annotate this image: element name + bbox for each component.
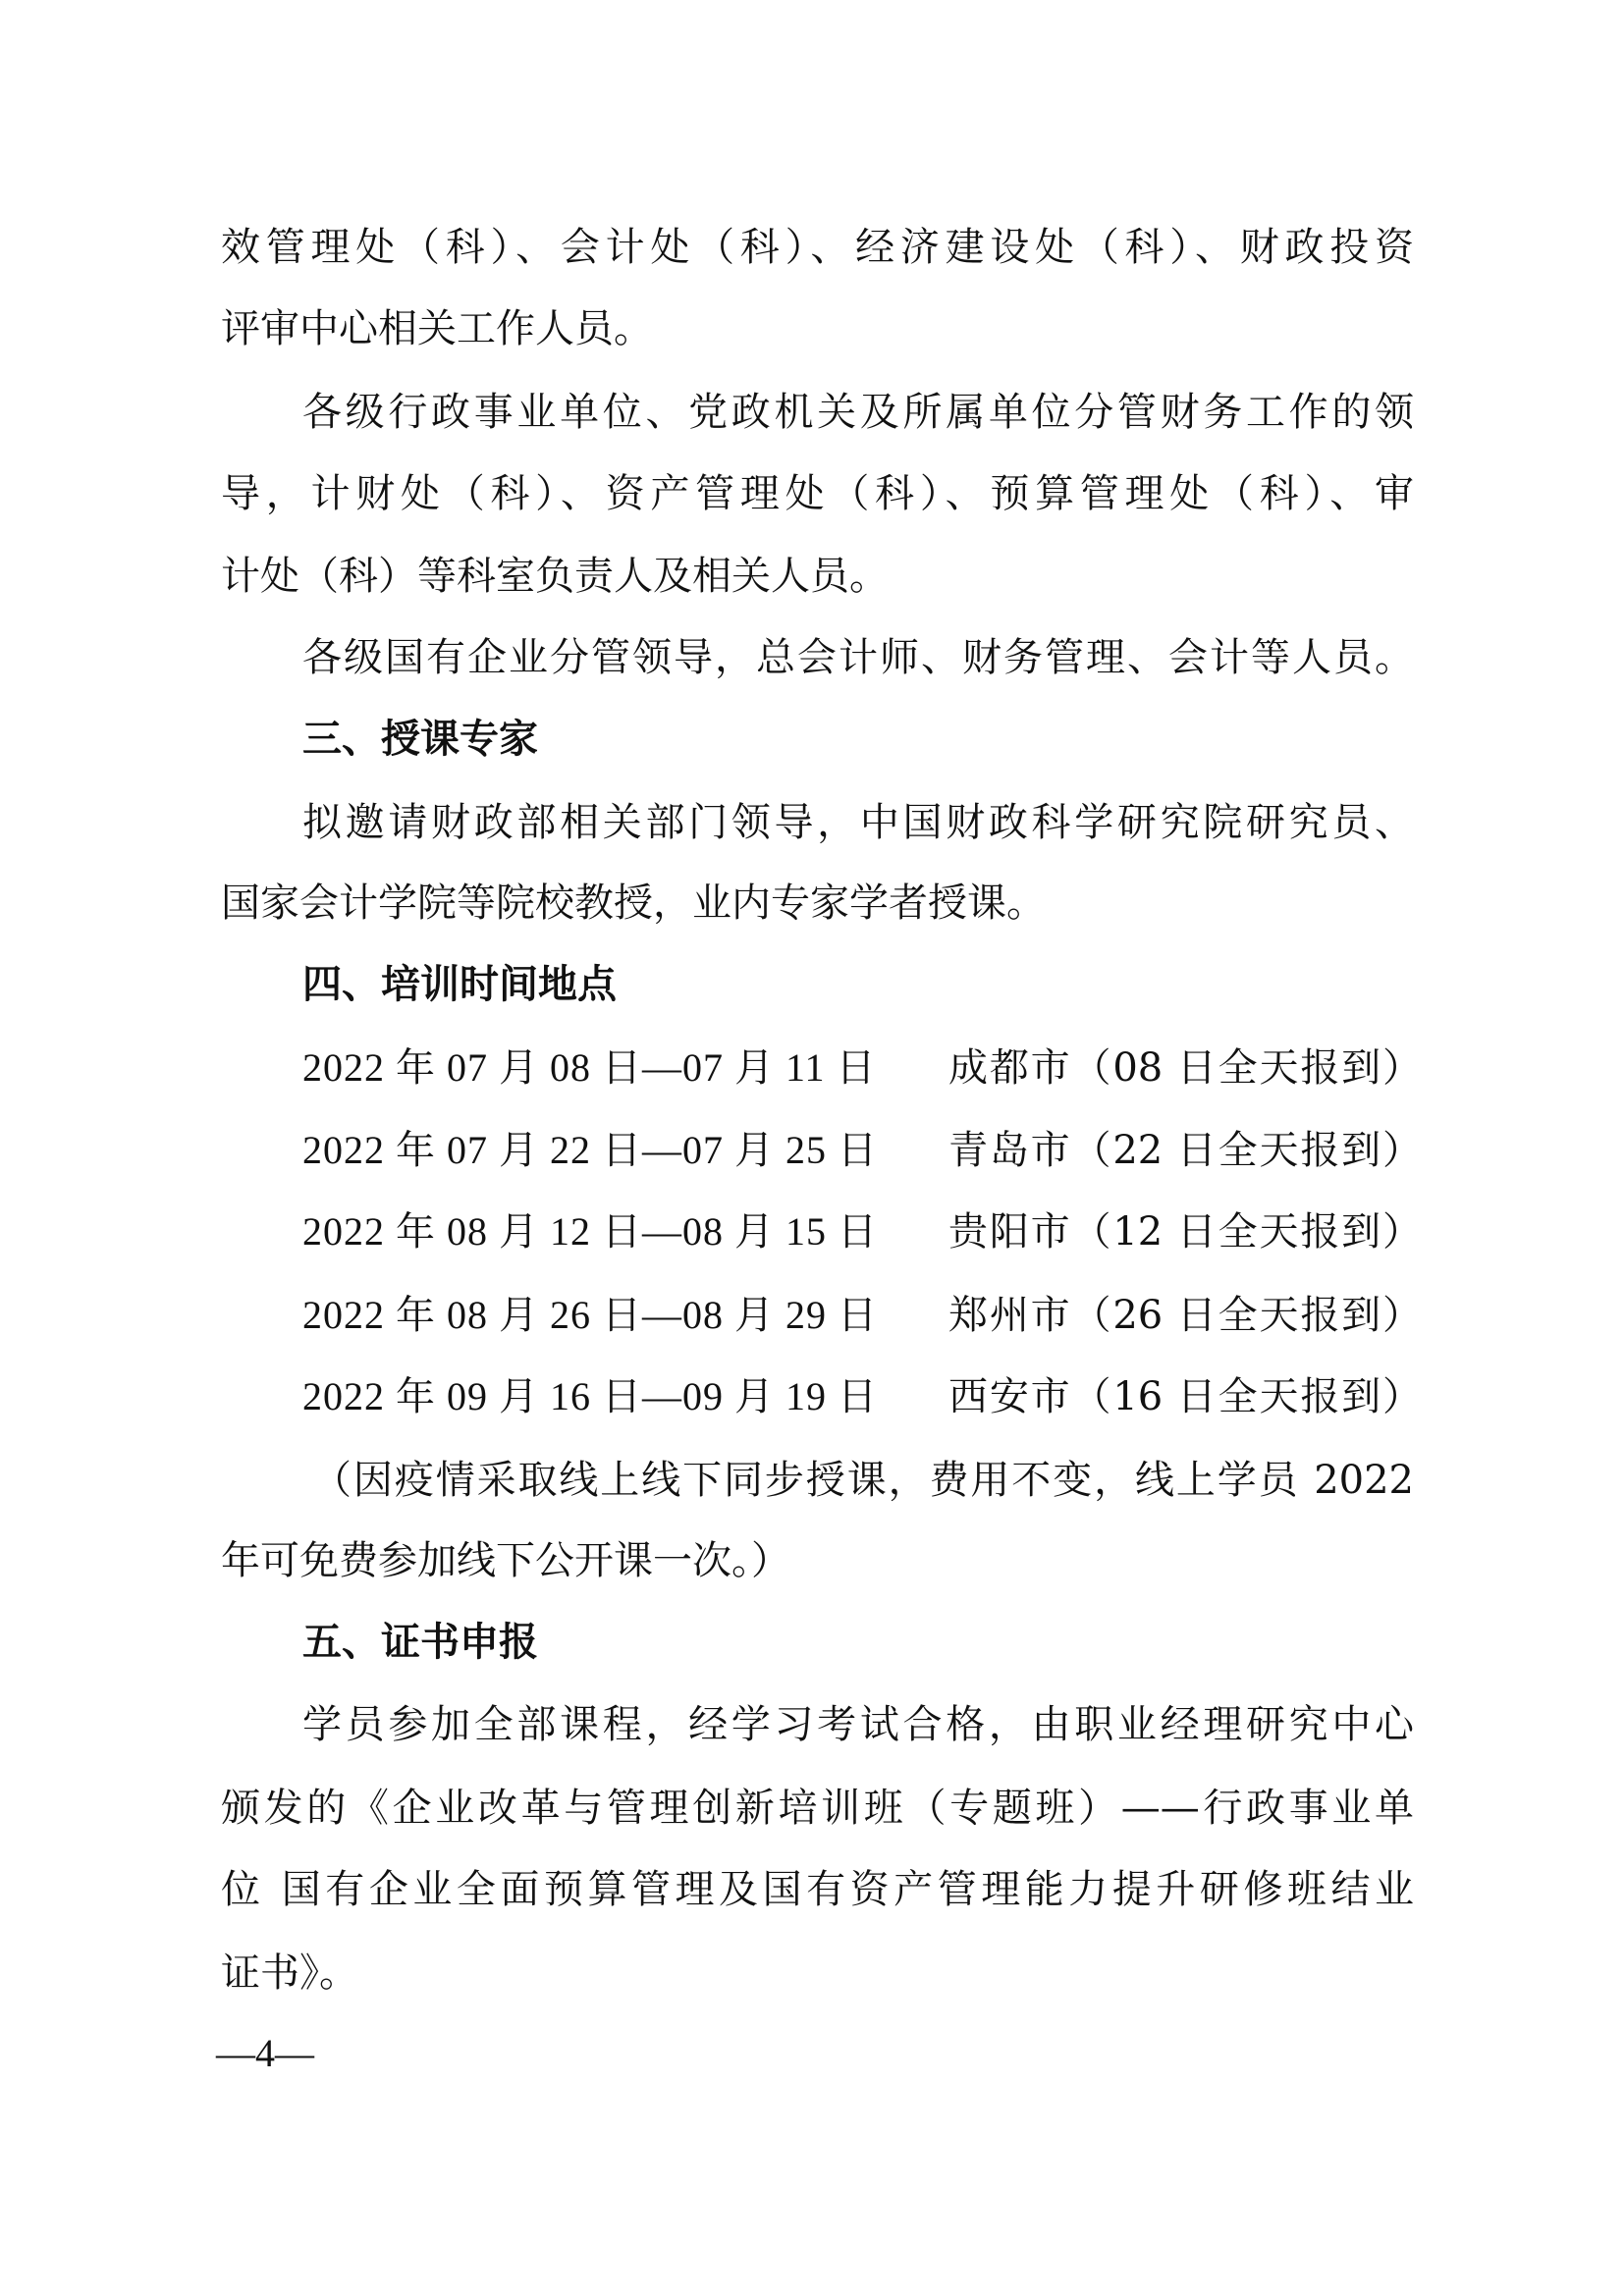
note-line: （因疫情采取线上线下同步授课，费用不变，线上学员 2022 xyxy=(312,1451,1414,1510)
schedule-city: 青岛市（22 日全天报到） xyxy=(948,1121,1422,1180)
paragraph-line: 位 国有企业全面预算管理及国有资产管理能力提升研修班结业 xyxy=(221,1860,1414,1919)
paragraph-line: 效管理处（科）、会计处（科）、经济建设处（科）、财政投资 xyxy=(221,218,1414,277)
schedule-city: 贵阳市（12 日全天报到） xyxy=(948,1202,1422,1261)
paragraph-line: 导，计财处（科）、资产管理处（科）、预算管理处（科）、审 xyxy=(221,464,1414,523)
note-line: 年可免费参加线下公开课一次。） xyxy=(221,1531,1414,1590)
paragraph-line: 计处（科）等科室负责人及相关人员。 xyxy=(221,547,1414,606)
section-heading-schedule: 四、培训时间地点 xyxy=(302,955,1414,1014)
schedule-row: 2022 年 08 月 26 日—08 月 29 日 郑州市（26 日全天报到） xyxy=(302,1286,1422,1345)
schedule-row: 2022 年 08 月 12 日—08 月 15 日 贵阳市（12 日全天报到） xyxy=(302,1202,1422,1261)
section-heading-experts: 三、授课专家 xyxy=(302,710,1414,769)
paragraph-line: 学员参加全部课程，经学习考试合格，由职业经理研究中心 xyxy=(302,1695,1414,1754)
schedule-city: 西安市（16 日全天报到） xyxy=(948,1367,1422,1426)
paragraph-line: 各级行政事业单位、党政机关及所属单位分管财务工作的领 xyxy=(302,383,1414,442)
paragraph-line: 国家会计学院等院校教授，业内专家学者授课。 xyxy=(221,874,1414,933)
schedule-city: 成都市（08 日全天报到） xyxy=(948,1039,1422,1097)
schedule-dates: 2022 年 07 月 08 日—07 月 11 日 xyxy=(302,1039,948,1097)
schedule-row: 2022 年 07 月 08 日—07 月 11 日 成都市（08 日全天报到） xyxy=(302,1039,1422,1097)
schedule-row: 2022 年 09 月 16 日—09 月 19 日 西安市（16 日全天报到） xyxy=(302,1367,1422,1426)
paragraph-line: 拟邀请财政部相关部门领导，中国财政科学研究院研究员、 xyxy=(302,793,1414,852)
paragraph-line: 证书》。 xyxy=(221,1944,1414,2002)
section-heading-certificate: 五、证书申报 xyxy=(302,1613,1414,1672)
page-number: —4— xyxy=(216,2024,314,2083)
schedule-city: 郑州市（26 日全天报到） xyxy=(948,1286,1422,1345)
schedule-dates: 2022 年 08 月 26 日—08 月 29 日 xyxy=(302,1286,948,1345)
schedule-row: 2022 年 07 月 22 日—07 月 25 日 青岛市（22 日全天报到） xyxy=(302,1121,1422,1180)
schedule-dates: 2022 年 08 月 12 日—08 月 15 日 xyxy=(302,1202,948,1261)
schedule-dates: 2022 年 09 月 16 日—09 月 19 日 xyxy=(302,1367,948,1426)
paragraph-line: 各级国有企业分管领导，总会计师、财务管理、会计等人员。 xyxy=(302,628,1414,687)
paragraph-line: 评审中心相关工作人员。 xyxy=(221,299,1414,358)
schedule-dates: 2022 年 07 月 22 日—07 月 25 日 xyxy=(302,1121,948,1180)
paragraph-line: 颁发的《企业改革与管理创新培训班（专题班）——行政事业单 xyxy=(221,1779,1414,1838)
